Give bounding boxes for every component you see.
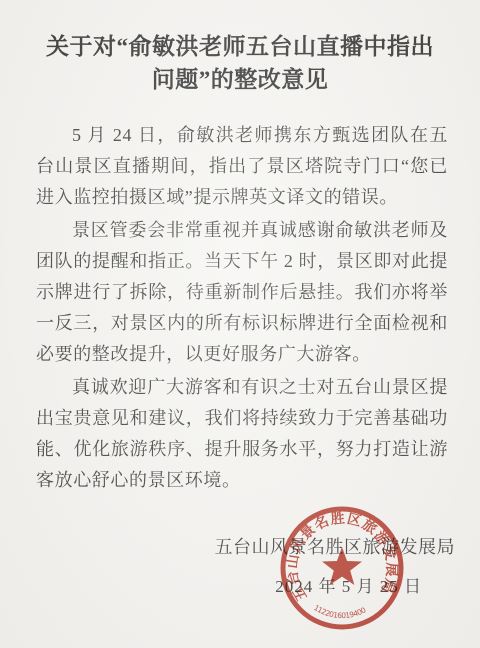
document-body: 5 月 24 日，俞敏洪老师携东方甄选团队在五台山景区直播期间，指出了景区塔院寺… <box>36 120 448 496</box>
seal-star-icon <box>322 547 362 585</box>
svg-text:1122016019400: 1122016019400 <box>312 603 368 620</box>
paragraph-2: 景区管委会非常重视并真诚感谢俞敏洪老师及团队的提醒和指正。当天下午 2 时，景区… <box>36 215 448 370</box>
title-line-1: 关于对“俞敏洪老师五台山直播中指出 <box>46 34 434 59</box>
seal-code: 1122016019400 <box>312 603 368 620</box>
official-seal-icon: 五台山风景名胜区旅游发展局 1122016019400 <box>267 493 417 643</box>
paragraph-1: 5 月 24 日，俞敏洪老师携东方甄选团队在五台山景区直播期间，指出了景区塔院寺… <box>36 120 448 213</box>
document-title: 关于对“俞敏洪老师五台山直播中指出问题”的整改意见 <box>30 30 450 96</box>
title-line-2: 问题”的整改意见 <box>152 67 329 92</box>
document-page: 关于对“俞敏洪老师五台山直播中指出问题”的整改意见 5 月 24 日，俞敏洪老师… <box>0 0 480 648</box>
paragraph-3: 真诚欢迎广大游客和有识之士对五台山景区提出宝贵意见和建议，我们将持续致力于完善基… <box>36 372 448 496</box>
